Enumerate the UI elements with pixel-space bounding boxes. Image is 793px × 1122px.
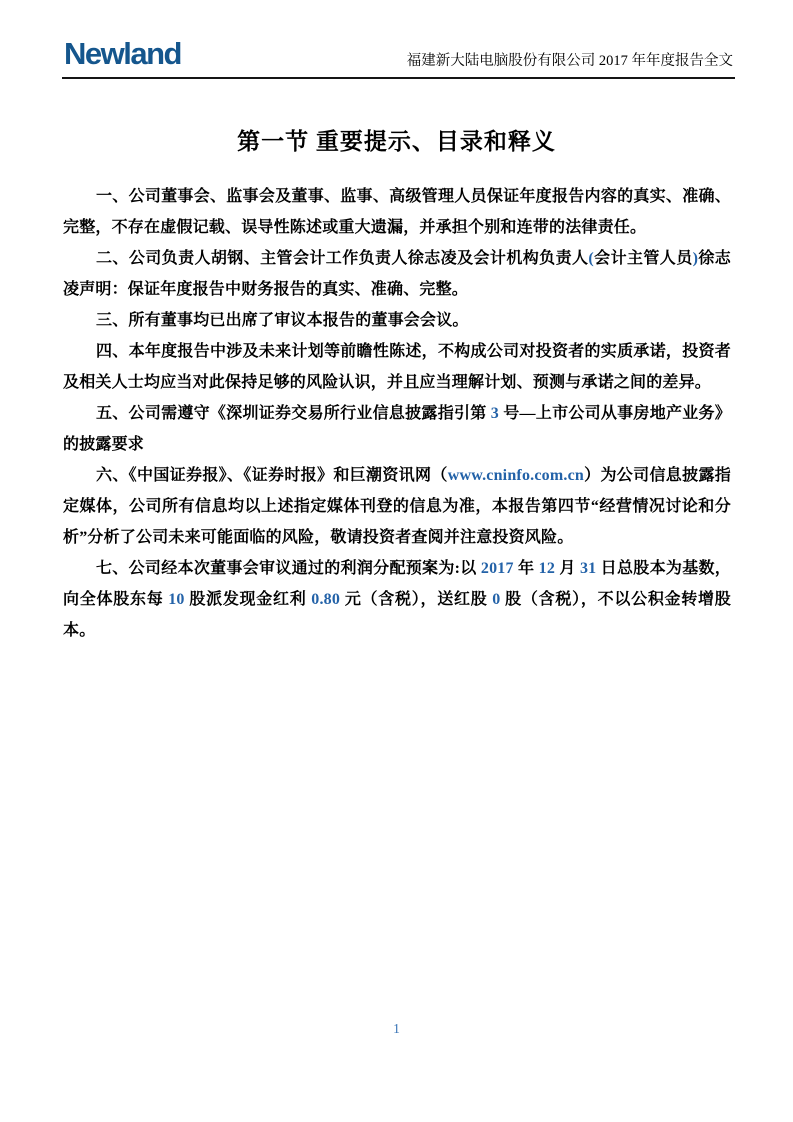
text-run: 六、《中国证券报》、《证券时报》和巨潮资讯网（	[96, 467, 448, 484]
section-title: 第一节 重要提示、目录和释义	[0, 123, 793, 156]
text-run: 五、公司需遵守《深圳证券交易所行业信息披露指引第	[96, 405, 491, 422]
latin-number-run: 31	[580, 560, 596, 577]
page-number: 1	[393, 1021, 400, 1036]
text-run: 月	[555, 560, 580, 577]
header-divider	[62, 77, 735, 79]
paragraph: 六、《中国证券报》、《证券时报》和巨潮资讯网（www.cninfo.com.cn…	[63, 460, 731, 553]
document-body: 一、公司董事会、监事会及董事、监事、高级管理人员保证年度报告内容的真实、准确、完…	[63, 181, 731, 646]
document-page: Newland 福建新大陆电脑股份有限公司 2017 年年度报告全文 第一节 重…	[0, 0, 793, 1122]
text-run: 年	[514, 560, 539, 577]
paragraph: 二、公司负责人胡钢、主管会计工作负责人徐志凌及会计机构负责人(会计主管人员)徐志…	[63, 243, 731, 305]
latin-number-run: 3	[491, 405, 499, 422]
text-run: 一、公司董事会、监事会及董事、监事、高级管理人员保证年度报告内容的真实、准确、完…	[63, 188, 731, 236]
header-report-title: 福建新大陆电脑股份有限公司 2017 年年度报告全文	[407, 51, 733, 71]
text-run: 七、公司经本次董事会审议通过的利润分配预案为:以	[96, 560, 481, 577]
paragraph: 七、公司经本次董事会审议通过的利润分配预案为:以 2017 年 12 月 31 …	[63, 553, 731, 646]
text-run: 股派发现金红利	[185, 591, 312, 608]
latin-number-run: 12	[539, 560, 555, 577]
text-run: 三、所有董事均已出席了审议本报告的董事会会议。	[96, 312, 469, 329]
latin-number-run: 2017	[481, 560, 514, 577]
page-footer: 1	[0, 1020, 793, 1038]
paragraph: 三、所有董事均已出席了审议本报告的董事会会议。	[63, 305, 731, 336]
latin-number-run: 10	[168, 591, 184, 608]
text-run: 四、本年度报告中涉及未来计划等前瞻性陈述，不构成公司对投资者的实质承诺，投资者及…	[63, 343, 731, 391]
latin-number-run: 0.80	[311, 591, 340, 608]
text-run: 二、公司负责人胡钢、主管会计工作负责人徐志凌及会计机构负责人	[96, 250, 588, 267]
paragraph: 五、公司需遵守《深圳证券交易所行业信息披露指引第 3 号—上市公司从事房地产业务…	[63, 398, 731, 460]
paragraph: 四、本年度报告中涉及未来计划等前瞻性陈述，不构成公司对投资者的实质承诺，投资者及…	[63, 336, 731, 398]
text-run: 元（含税），送红股	[340, 591, 492, 608]
text-run: 会计主管人员	[594, 250, 693, 267]
latin-number-run: www.cninfo.com.cn	[448, 467, 584, 484]
newland-logo: Newland	[64, 38, 181, 69]
paragraph: 一、公司董事会、监事会及董事、监事、高级管理人员保证年度报告内容的真实、准确、完…	[63, 181, 731, 243]
